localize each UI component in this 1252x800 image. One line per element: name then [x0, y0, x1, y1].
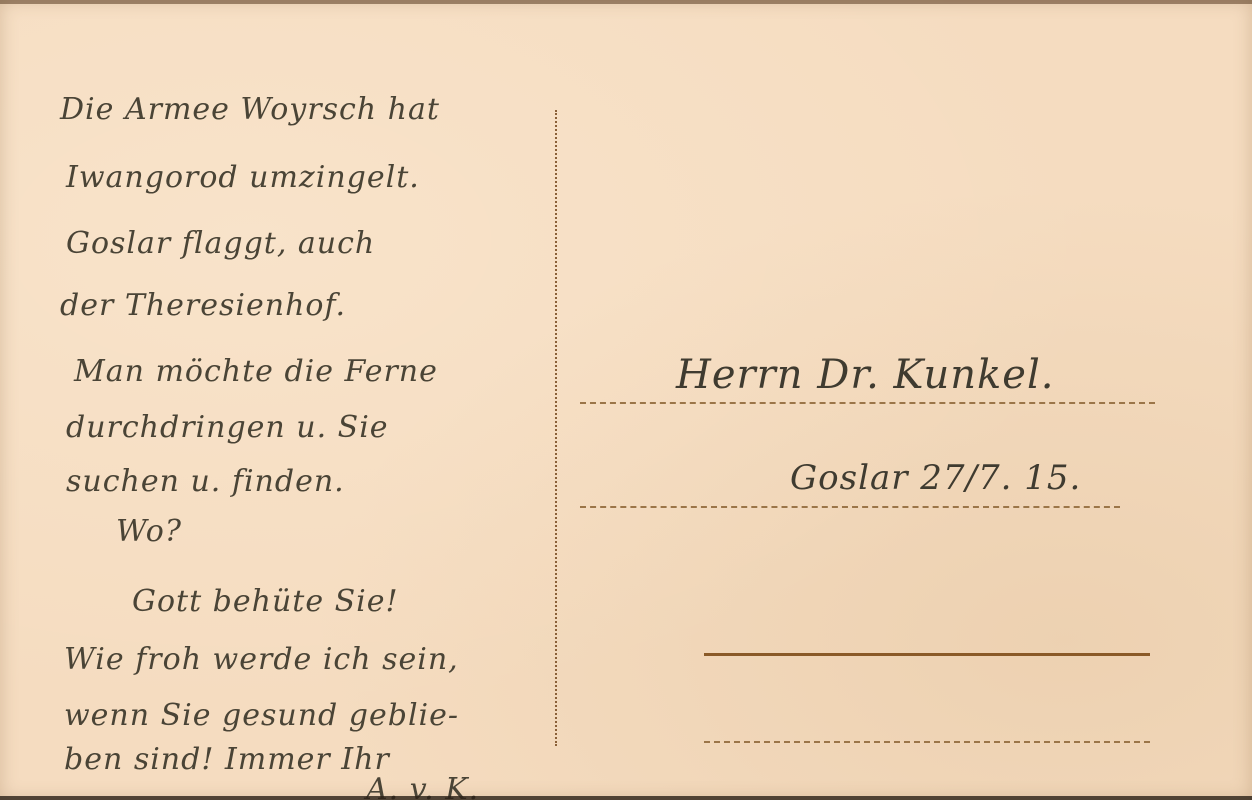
address-line-1 [580, 402, 1155, 404]
address-line-3 [704, 653, 1150, 656]
message-line: Gott behüte Sie! [132, 584, 399, 619]
address-line-2 [580, 506, 1120, 508]
message-line: ben sind! Immer Ihr [64, 742, 390, 777]
message-line: suchen u. finden. [66, 464, 345, 499]
message-line: durchdringen u. Sie [66, 410, 389, 445]
message-line: Die Armee Woyrsch hat [60, 92, 440, 127]
message-line: wenn Sie gesund geblie- [64, 698, 459, 733]
message-line: Goslar flaggt, auch [66, 226, 375, 261]
address-line-4 [704, 741, 1150, 743]
message-line: Wie froh werde ich sein, [64, 642, 459, 677]
signature: A. v. K. [366, 772, 479, 800]
message-line: Wo? [116, 514, 182, 549]
recipient-name: Herrn Dr. Kunkel. [676, 352, 1054, 398]
postcard-back: Die Armee Woyrsch hat Iwangorod umzingel… [0, 0, 1252, 800]
message-line: Iwangorod umzingelt. [66, 160, 420, 195]
center-divider [555, 110, 557, 746]
place-date: Goslar 27/7. 15. [790, 458, 1081, 498]
message-line: Man möchte die Ferne [74, 354, 438, 389]
message-line: der Theresienhof. [60, 288, 346, 323]
